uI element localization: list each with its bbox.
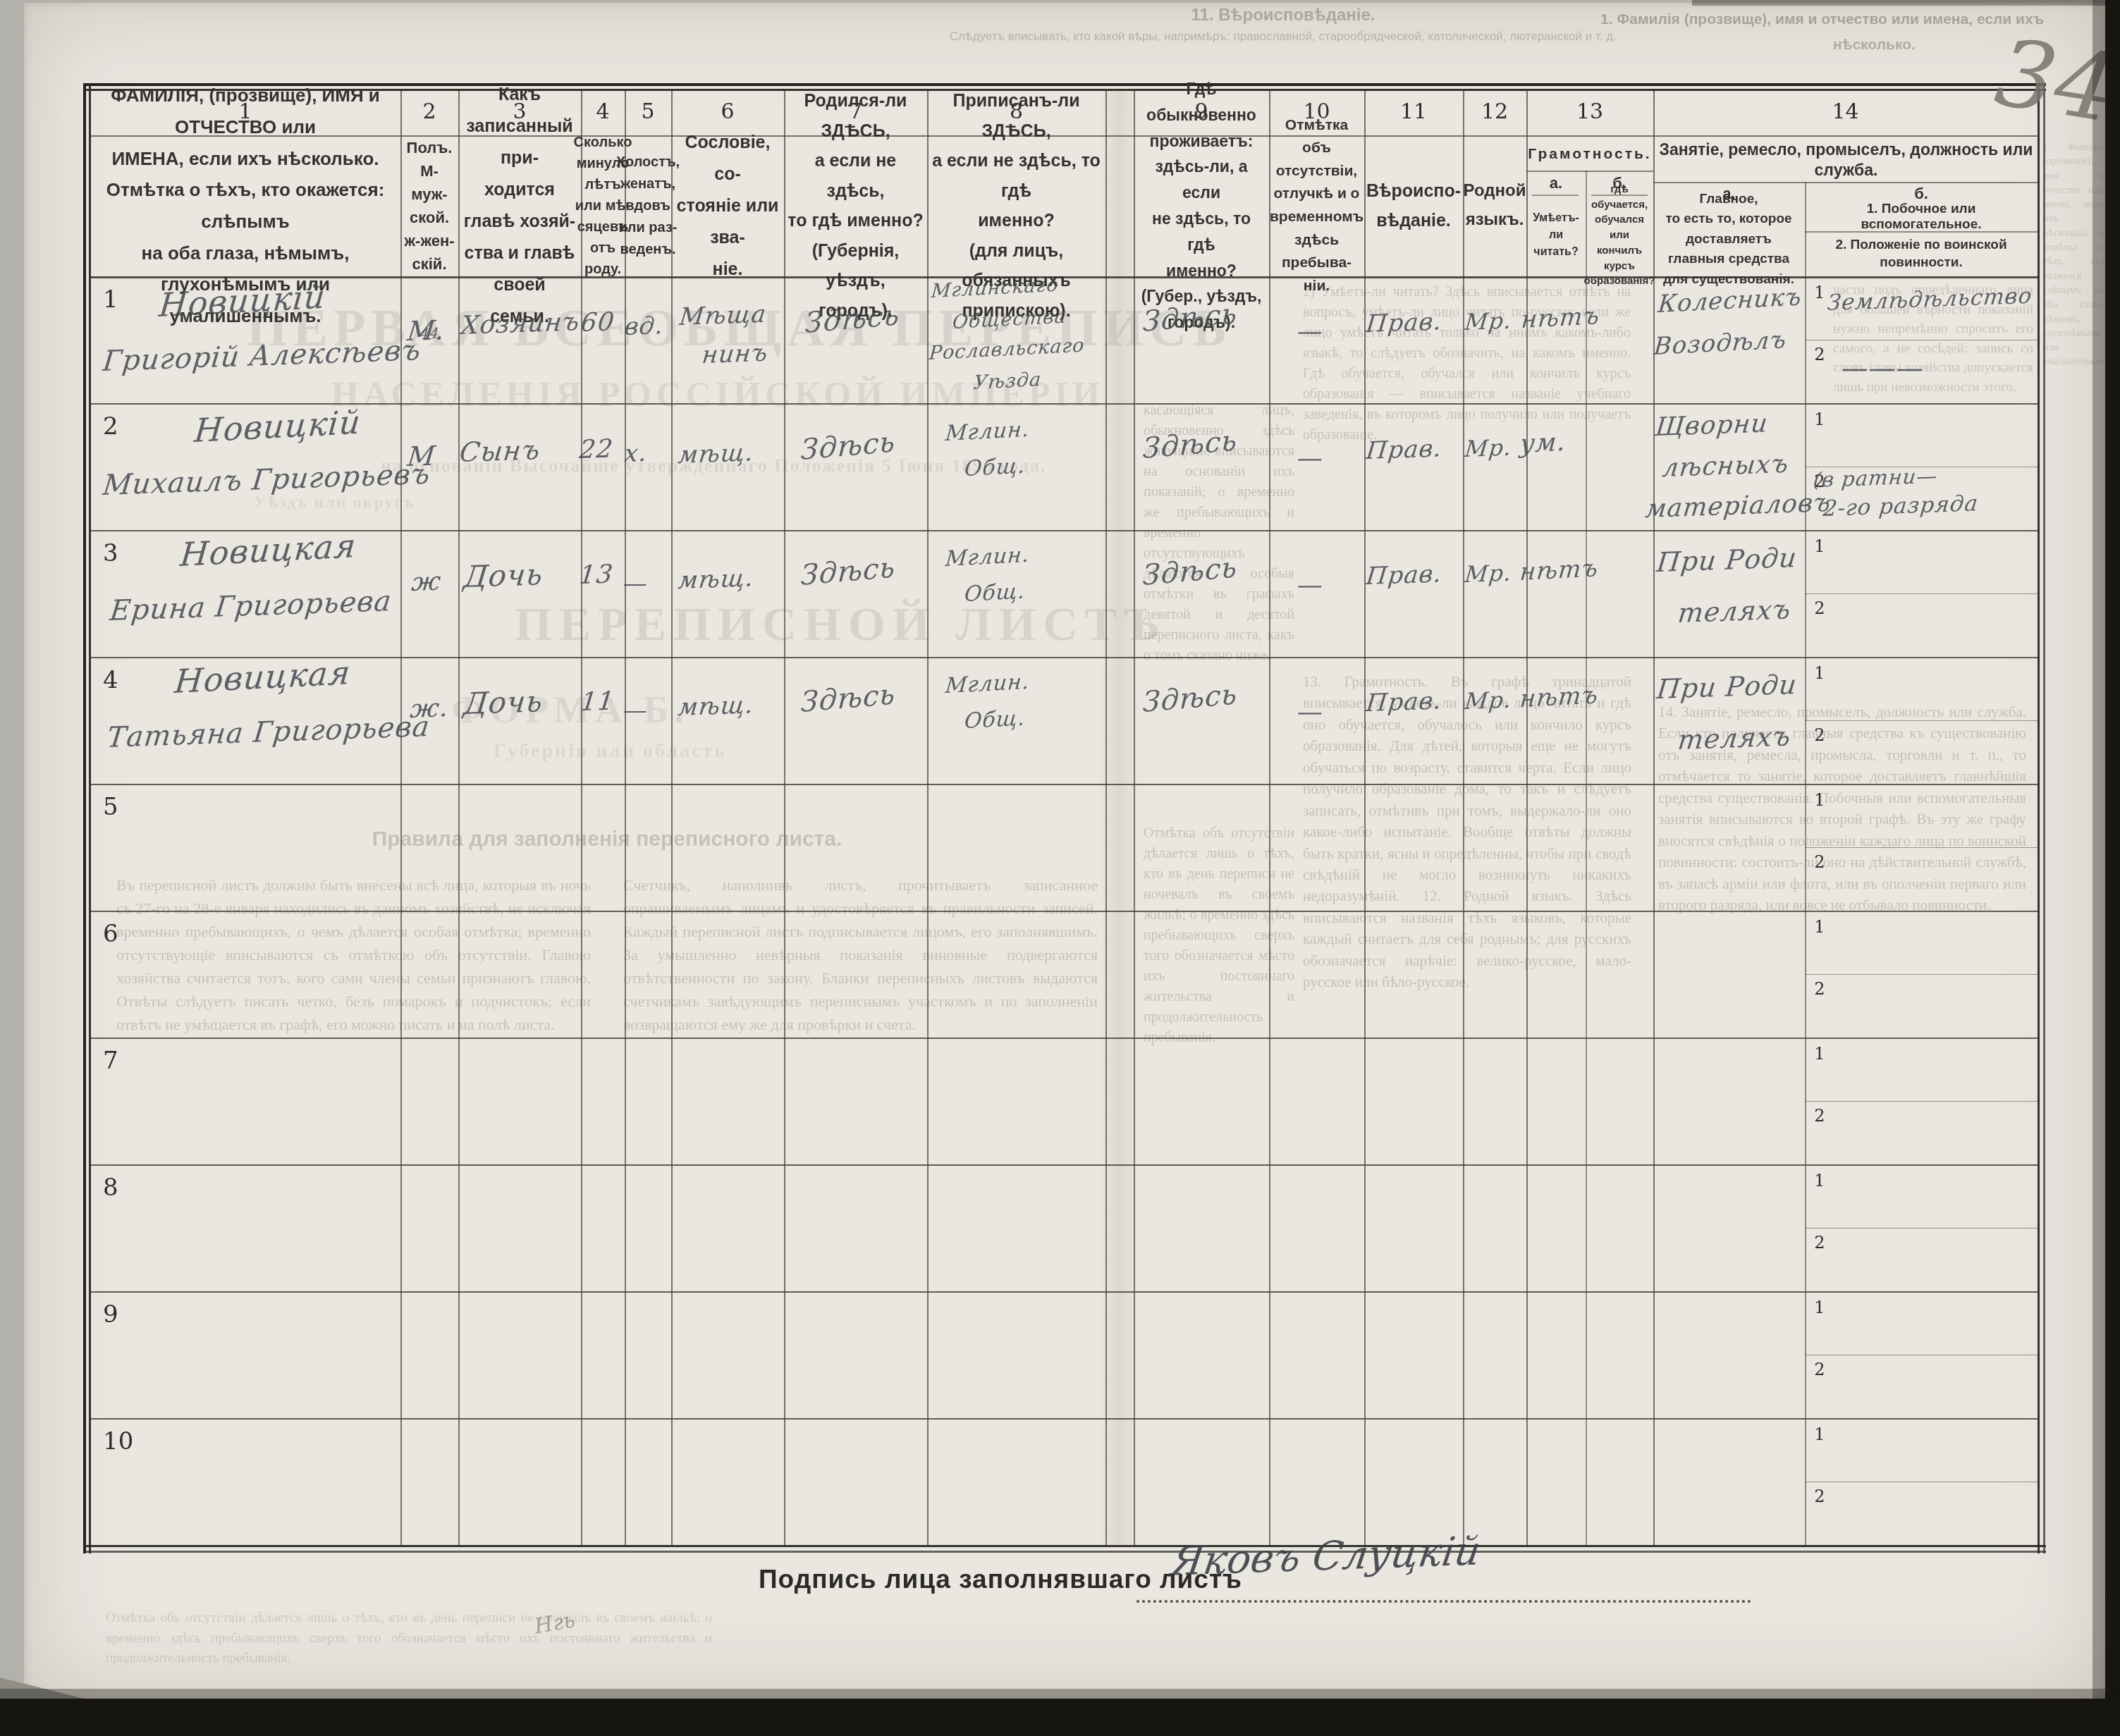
page-edge-shadow-bottom (0, 1689, 2120, 1699)
handwritten-entry-marital: — (621, 696, 650, 725)
table-line-h (1653, 182, 2038, 183)
bleed-text-c: 14. Занятіе, ремесло, промыселъ, должнос… (1658, 701, 2026, 1533)
table-line-v (1653, 90, 1655, 1545)
column-header: Приписанъ-ли ЗДѢСЬ, а если не здѣсь, то … (931, 140, 1102, 272)
handwritten-entry-absence: — (1295, 698, 1325, 727)
row-number: 9 (96, 1298, 141, 1331)
column-number: 12 (1463, 93, 1526, 130)
handwritten-entry-marital: х. (623, 439, 649, 468)
handwritten-entry-age: 60 (580, 307, 616, 338)
handwritten-entry-language: Мр. (1464, 687, 1513, 715)
subrow-mark-1: 1 (1809, 1424, 1830, 1445)
handwritten-entry-religion: Прав. (1365, 307, 1443, 338)
handwritten-entry-absence: — (1295, 444, 1325, 473)
handwritten-entry-sex: М. (406, 314, 447, 347)
row-number: 2 (96, 410, 141, 443)
table-line-v (784, 90, 785, 1545)
table-line-h (83, 1545, 2046, 1547)
handwritten-entry-literacy: ум. (1519, 427, 1567, 459)
subcolumn-a-label: Умѣетъ- ли читать? (1528, 200, 1584, 271)
handwritten-entry-estate-0: Мѣща (678, 300, 768, 331)
handwritten-entry-registered-1: Общ. (963, 706, 1026, 734)
table-line-v (2043, 83, 2045, 1553)
handwritten-entry-age: 11 (580, 687, 616, 717)
handwritten-entry-literacy: нѣтъ (1519, 554, 1600, 586)
subrow-mark-1: 1 (1809, 916, 1830, 937)
table-line-v (89, 83, 91, 1553)
page-edge-shadow-right (2093, 0, 2105, 1736)
handwritten-entry-language: Мр. (1464, 560, 1513, 588)
table-line-h (1805, 340, 2038, 340)
column-header: ФАМИЛІЯ, (прозвище), ИМЯ и ОТЧЕСТВО или … (94, 140, 397, 272)
table-line-h (1532, 195, 1579, 196)
bleed-bottom-strip: Отмѣтка объ отсутствіи дѣлается лишь о т… (106, 1608, 712, 1686)
table-line-h (1805, 593, 2038, 594)
table-line-v (671, 90, 673, 1545)
table-line-h (90, 911, 2038, 912)
row-number: 5 (96, 791, 141, 823)
handwritten-entry-relation: Сынъ (458, 434, 542, 468)
subcolumn-b-label: гдѣ обучается, обучался или кончилъ курс… (1587, 199, 1652, 272)
subcolumn-b1-label: 1. Побочное или вспомогательное. (1809, 206, 2033, 228)
bleed-text-g: 2) Умѣетъ-ли читать? Здѣсь вписывается о… (1303, 282, 1631, 655)
column-number: 2 (400, 93, 458, 130)
table-line-h (1805, 1482, 2038, 1482)
column-header: Гдѣ обыкновенно проживаетъ: здѣсь-ли, а … (1137, 140, 1266, 272)
column-header-occupation: Занятіе, ремесло, промыселъ, должность и… (1658, 140, 2034, 180)
column-number: 4 (581, 93, 625, 130)
handwritten-entry-estate-0: мѣщ. (677, 564, 755, 595)
table-line-h (90, 530, 2038, 531)
column-header: Холостъ, женатъ, вдовъ или раз- веденъ. (628, 140, 668, 272)
row-number: 10 (96, 1425, 141, 1458)
table-line-h (90, 657, 2038, 658)
subcolumn-a-label: Главное, то есть то, которое доставляетъ… (1658, 206, 1799, 273)
row-number: 3 (96, 537, 141, 570)
handwritten-entry-language: Мр. (1464, 434, 1513, 462)
column-header: Полъ. М-муж- ской. ж-жен- скій. (404, 140, 455, 272)
handwritten-entry-absence: — (1295, 317, 1325, 346)
handwritten-entry-registered-1: Общ. (963, 579, 1026, 607)
handwritten-entry-estate-1: нинъ (701, 339, 770, 369)
table-line-v (83, 83, 86, 1553)
bleed-rules-paragraph: Въ переписной листъ должны быть внесены … (116, 873, 591, 1036)
subrow-mark-2: 2 (1809, 851, 1830, 873)
handwritten-entry-occupation-1: лѣсныхъ (1661, 450, 1790, 483)
column-header: Сословіе, со- стояніе или зва- ніе. (675, 140, 780, 272)
subrow-mark-1: 1 (1809, 789, 1830, 811)
column-header: Вѣроиспо- вѣданіе. (1368, 140, 1459, 272)
handwritten-entry-sex: М (406, 441, 438, 473)
column-number: 6 (671, 93, 784, 130)
handwritten-entry-religion: Прав. (1365, 687, 1443, 718)
column-header: Какъ записанный при- ходится главѣ хозяй… (462, 140, 577, 272)
column-number: 13 (1526, 93, 1653, 130)
subrow-mark-1: 1 (1809, 1170, 1830, 1191)
subrow-mark-2: 2 (1809, 598, 1830, 619)
subrow-mark-1: 1 (1809, 1043, 1830, 1064)
handwritten-entry-sex: ж. (409, 694, 451, 724)
handwritten-entry-registered-0: Мглин. (944, 417, 1031, 446)
subrow-mark-2: 2 (1809, 344, 1830, 365)
handwritten-entry-registered-0: Мглин. (944, 543, 1031, 572)
handwritten-entry-relation: Хозяинъ (460, 307, 582, 340)
subrow-mark-1: 1 (1809, 409, 1830, 430)
top-note-left-line: Слѣдуетъ вписывать, кто какой вѣры, напр… (938, 30, 1629, 44)
table-line-h (1805, 847, 2038, 848)
handwritten-entry-literacy: нѣтъ (1519, 681, 1600, 713)
handwritten-entry-sex: ж (410, 567, 443, 597)
subrow-mark-2: 2 (1809, 725, 1830, 746)
table-line-h (1805, 974, 2038, 975)
row-number: 8 (96, 1171, 141, 1204)
table-line-h (1805, 720, 2038, 721)
table-line-h (83, 1551, 2046, 1553)
handwritten-entry-military: ——— (1839, 352, 1926, 383)
handwritten-entry-absence: — (1295, 571, 1325, 600)
handwritten-entry-occupation-0: Щворни (1654, 409, 1770, 442)
bleed-text-e: Отмѣтка объ отсутствіи дѣлается лишь о т… (1144, 823, 1294, 1532)
table-line-h (90, 403, 2038, 405)
table-line-h (1805, 1228, 2038, 1229)
subcolumn-a-mark: а. (1526, 173, 1586, 193)
subcolumn-b2-label: 2. Положеніе по воинской повинности. (1809, 237, 2033, 272)
table-line-v (1269, 90, 1270, 1545)
row-number: 4 (96, 664, 141, 696)
table-line-v (1463, 90, 1464, 1545)
table-line-v (1134, 90, 1135, 1545)
bleed-rules-block: Правила для заполненія переписного листа… (116, 823, 1098, 1537)
handwritten-entry-occupation-0: При Роди (1655, 669, 1799, 705)
scan-background-bottom (0, 1699, 2120, 1736)
handwritten-entry-relation: Дочь (462, 684, 545, 721)
table-line-v (1805, 182, 1806, 1545)
column-header: Родился-ли ЗДѢСЬ, а если не здѣсь, то гд… (788, 140, 924, 272)
subrow-mark-1: 1 (1809, 536, 1830, 557)
subrow-mark-2: 2 (1809, 1105, 1830, 1126)
handwritten-entry-language: Мр. (1464, 307, 1513, 335)
column-header: Отмѣтка объ отсутствіи, отлучкѣ и о врем… (1273, 140, 1361, 272)
row-number: 7 (96, 1045, 141, 1077)
table-line-h (1805, 1101, 2038, 1102)
handwritten-entry-occupation-1: теляхъ (1677, 593, 1793, 629)
subrow-mark-2: 2 (1809, 1486, 1830, 1507)
scan-background-right (2105, 0, 2120, 1736)
handwritten-entry-marital: — (621, 570, 650, 598)
column-number: 14 (1653, 93, 2038, 130)
handwritten-entry-registered-3: Уѣзда (973, 369, 1043, 394)
ghost-title-t7: Уѣздъ или округъ (254, 493, 415, 512)
subrow-mark-2: 2 (1809, 1359, 1830, 1380)
table-line-v (1105, 90, 1107, 1545)
handwritten-entry-military-0: (в ратни— (1812, 464, 1939, 492)
ghost-title-t6: Губернія или область (494, 740, 727, 763)
bleed-rules-paragraph: Счетчикъ, наполнивъ листъ, прочитываетъ … (623, 873, 1098, 1036)
handwritten-entry-marital: вд. (623, 312, 665, 341)
handwritten-entry-estate-0: мѣщ. (677, 438, 755, 469)
subrow-mark-1: 1 (1809, 663, 1830, 684)
handwritten-entry-estate-0: мѣщ. (677, 691, 755, 722)
handwritten-entry-age: 13 (578, 560, 615, 590)
subrow-mark-1: 1 (1809, 1297, 1830, 1318)
handwritten-entry-occupation-1: теляхъ (1677, 720, 1793, 756)
table-line-h (90, 1164, 2038, 1166)
table-line-h (1526, 171, 1653, 172)
handwritten-entry-religion: Прав. (1365, 560, 1443, 591)
column-header-literacy: Грамотность. (1526, 140, 1653, 169)
handwritten-entry-age: 22 (578, 434, 615, 464)
handwritten-entry-literacy: нѣтъ (1520, 302, 1601, 334)
table-line-v (625, 90, 626, 1545)
subcolumn-b-mark: б. (1805, 185, 2038, 203)
table-line-h (90, 1038, 2038, 1039)
bleed-rules-heading: Правила для заполненія переписного листа… (116, 823, 1098, 855)
table-line-v (400, 90, 402, 1545)
table-line-h (90, 1418, 2038, 1420)
handwritten-entry-occupation-0: При Роди (1655, 542, 1799, 578)
table-line-v (927, 90, 929, 1545)
table-line-h (90, 784, 2038, 785)
handwritten-entry-religion: Прав. (1365, 434, 1443, 465)
ghost-title-t4: ПЕРЕПИСНОЙ ЛИСТЪ (515, 596, 1168, 652)
top-note-left-heading: 11. Вѣроисповѣданіе. (1008, 6, 1558, 25)
scan-background-top (1692, 0, 2120, 6)
bleed-text-b: 13. Грамотность. Въ графѣ тринадцатой вп… (1303, 671, 1631, 1534)
column-number: 5 (625, 93, 671, 130)
table-line-v (458, 90, 460, 1545)
handwritten-entry-registered-0: Мглин. (944, 670, 1031, 698)
table-line-h (1805, 1355, 2038, 1355)
table-line-v (1586, 171, 1587, 1545)
row-number: 1 (96, 283, 141, 316)
subrow-mark-2: 2 (1809, 978, 1830, 999)
row-number: 6 (96, 918, 141, 950)
table-line-v (2038, 83, 2040, 1553)
table-line-v (1364, 90, 1366, 1545)
handwritten-entry-registered-1: Общ. (963, 453, 1026, 481)
table-line-h (90, 1291, 2038, 1293)
subrow-mark-2: 2 (1809, 1232, 1830, 1253)
handwritten-entry-relation: Дочь (462, 557, 545, 594)
column-number: 11 (1364, 93, 1463, 130)
column-header: Родной языкъ. (1466, 140, 1523, 272)
